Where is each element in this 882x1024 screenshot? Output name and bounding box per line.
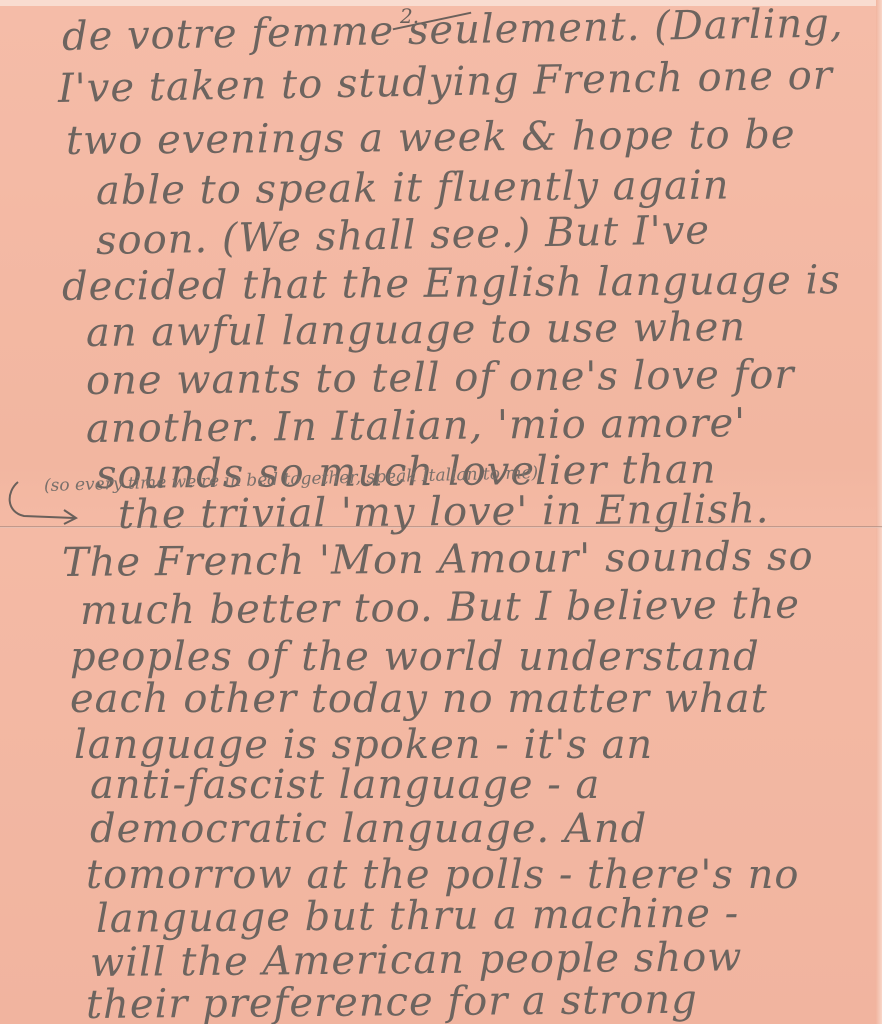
handwritten-line: The French 'Mon Amour' sounds so xyxy=(62,533,814,586)
handwritten-line: able to speak it fluently again xyxy=(96,162,730,214)
handwritten-line: de votre femme seulement. (Darling, xyxy=(62,0,844,60)
handwritten-line: peoples of the world understand xyxy=(70,634,760,680)
handwritten-line: much better too. But I believe the xyxy=(80,582,800,634)
letter-page: 2. de votre femme seulement. (Darling, I… xyxy=(0,0,882,1024)
handwritten-line: an awful language to use when xyxy=(86,304,746,356)
paper-edge xyxy=(876,0,882,1024)
handwritten-line: their preference for a strong xyxy=(86,977,698,1024)
handwritten-line: decided that the English language is xyxy=(62,257,841,310)
handwritten-line: soon. (We shall see.) But I've xyxy=(96,207,711,264)
handwritten-line: another. In Italian, 'mio amore' xyxy=(86,400,747,452)
handwritten-line: one wants to tell of one's love for xyxy=(86,352,795,404)
handwritten-line: each other today no matter what xyxy=(70,676,768,722)
handwritten-line: anti-fascist language - a xyxy=(90,762,600,808)
handwritten-line: I've taken to studying French one or xyxy=(58,52,834,112)
handwritten-line: democratic language. And xyxy=(90,806,647,852)
handwritten-line: two evenings a week & hope to be xyxy=(66,112,796,164)
handwritten-line: the trivial 'my love' in English. xyxy=(118,486,770,538)
